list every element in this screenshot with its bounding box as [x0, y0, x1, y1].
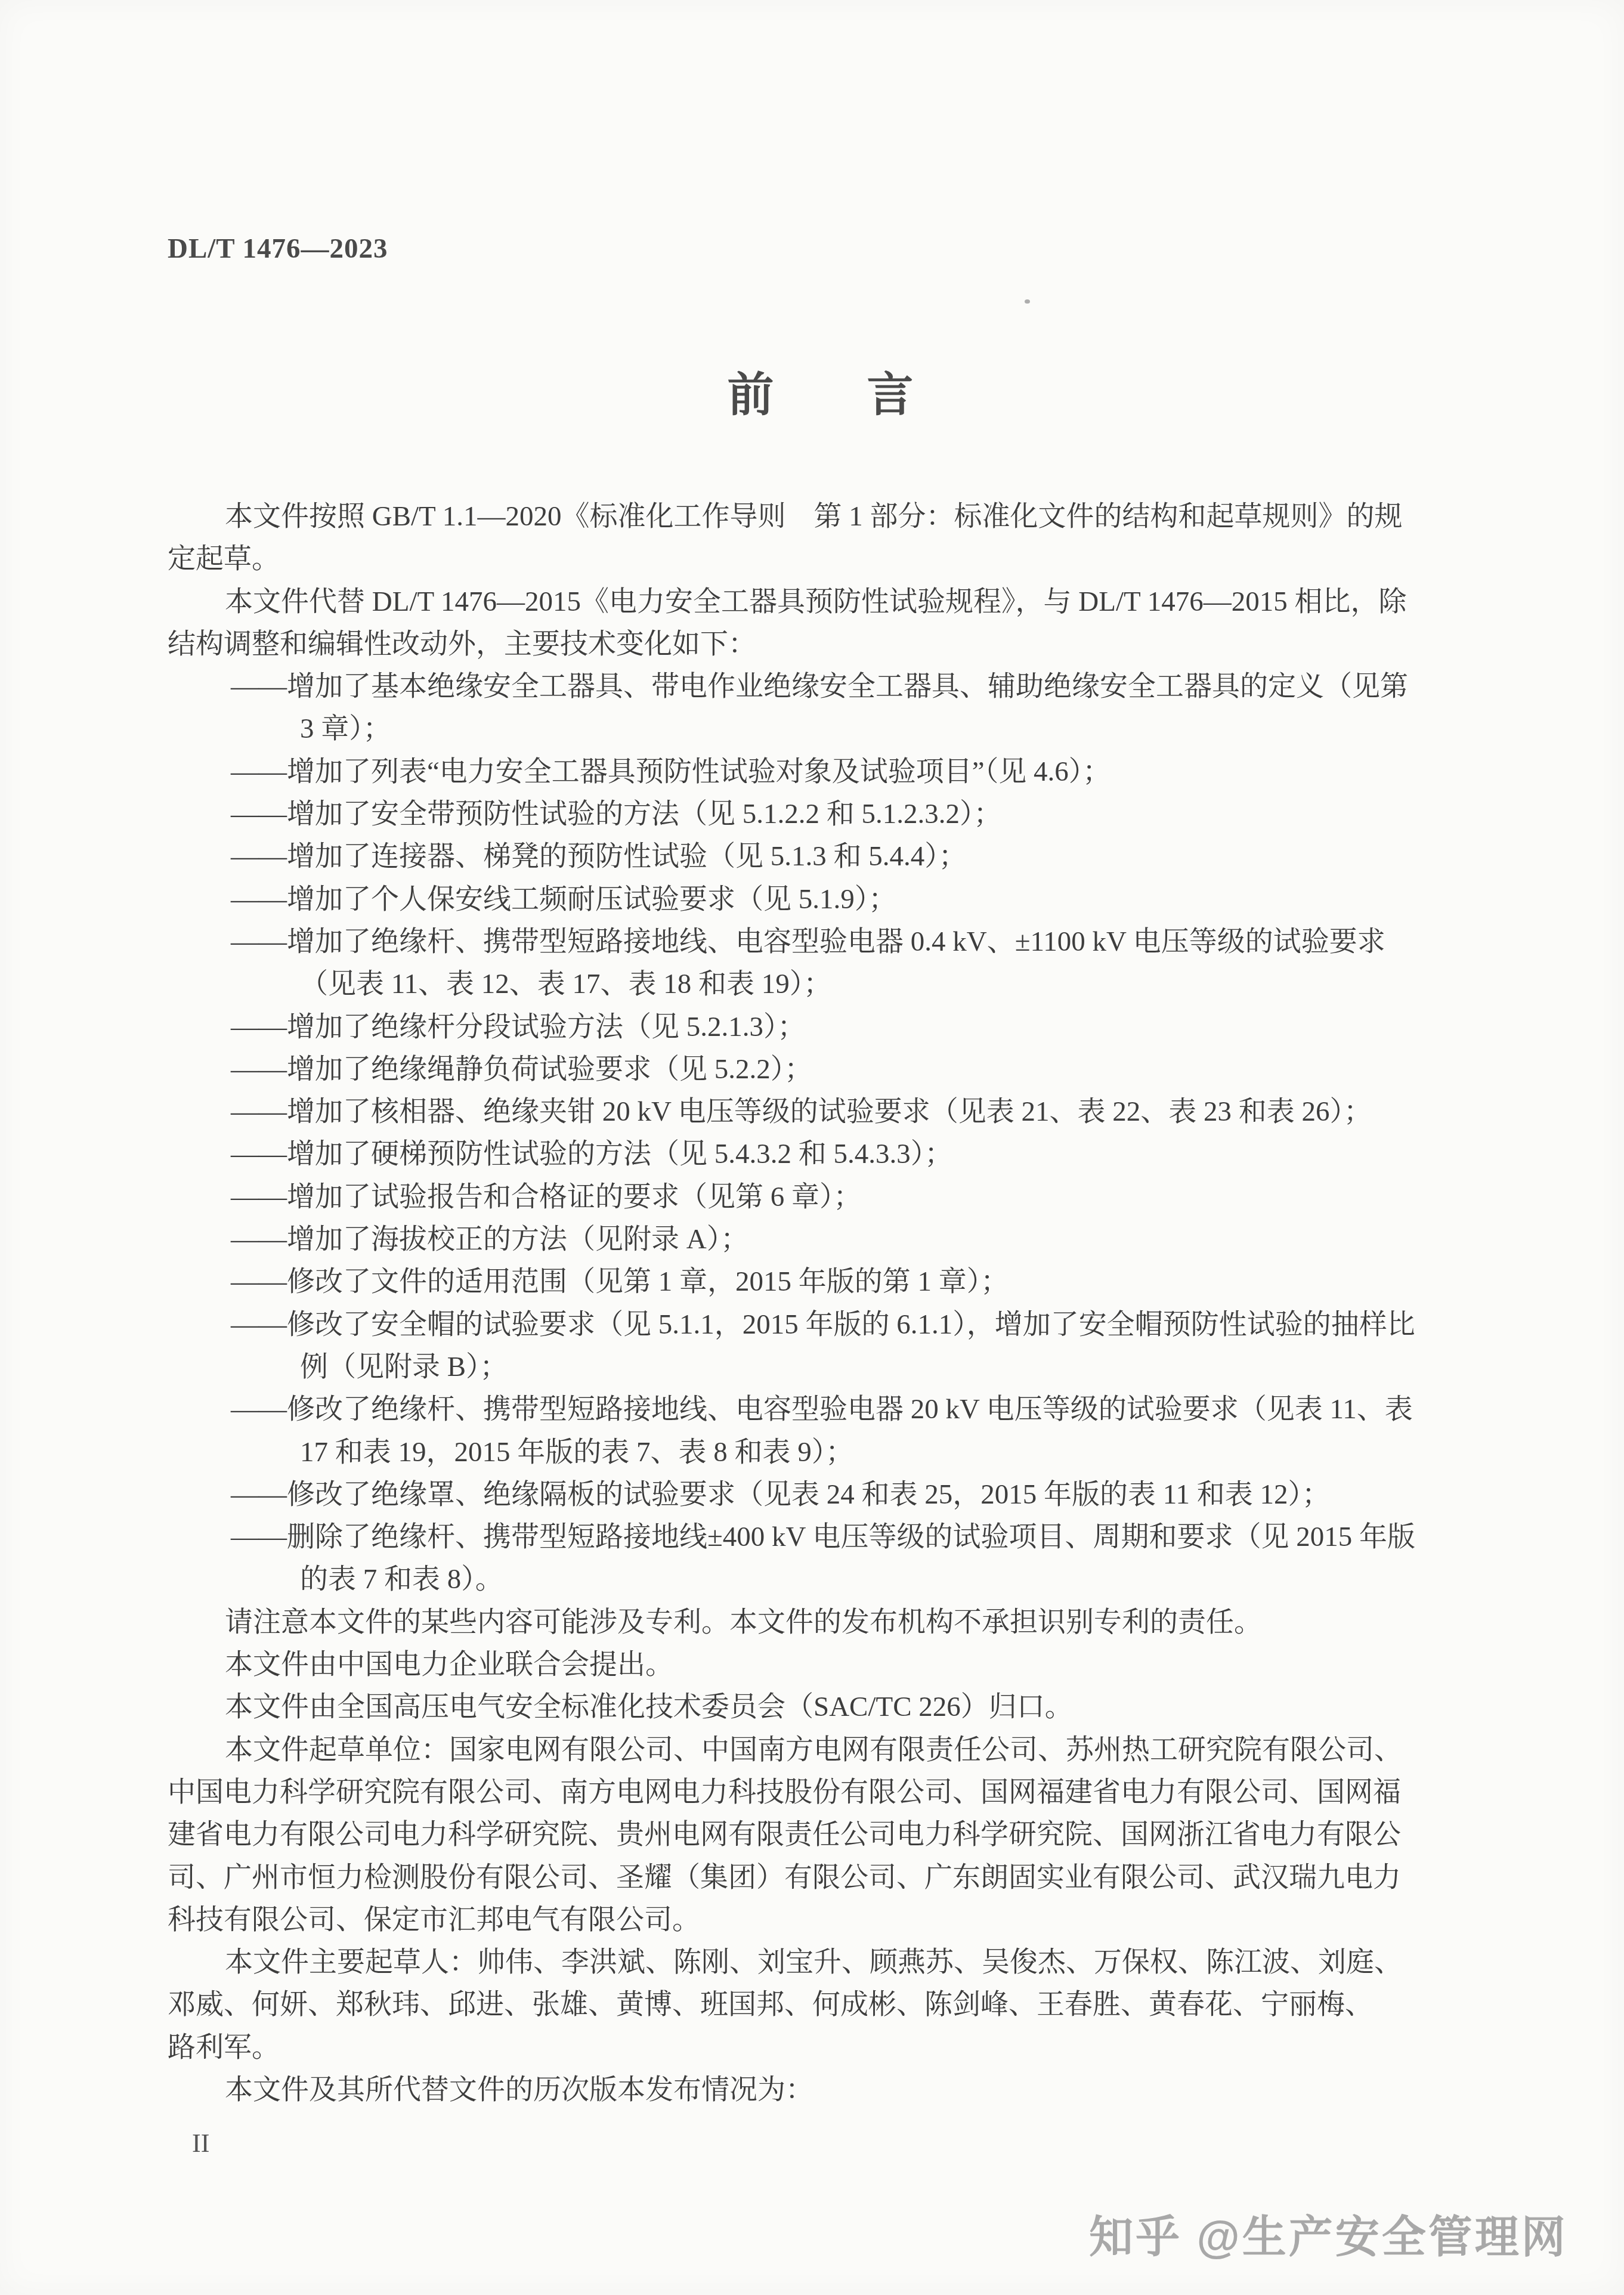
text-line: 的表 7 和表 8）。: [168, 1558, 1461, 1601]
text-line: ——增加了列表“电力安全工器具预防性试验对象及试验项目”（见 4.6）；: [168, 751, 1461, 793]
text-line: 本文件及其所代替文件的历次版本发布情况为：: [168, 2069, 1461, 2111]
text-line: 本文件由中国电力企业联合会提出。: [168, 1644, 1461, 1686]
text-line: 本文件由全国高压电气安全标准化技术委员会（SAC/TC 226）归口。: [168, 1686, 1461, 1728]
watermark-text: 知乎 @生产安全管理网: [1089, 2202, 1568, 2265]
text-line: 17 和表 19，2015 年版的表 7、表 8 和表 9）；: [168, 1431, 1461, 1474]
text-line: 本文件代替 DL/T 1476—2015《电力安全工器具预防性试验规程》，与 D…: [168, 581, 1461, 623]
text-line: ——增加了基本绝缘安全工器具、带电作业绝缘安全工器具、辅助绝缘安全工器具的定义（…: [168, 666, 1461, 708]
text-line: （见表 11、表 12、表 17、表 18 和表 19）；: [168, 963, 1461, 1006]
text-line: 本文件起草单位：国家电网有限公司、中国南方电网有限责任公司、苏州热工研究院有限公…: [168, 1729, 1461, 1771]
foreword-title-char-1: 前: [727, 358, 774, 425]
foreword-title-char-2: 言: [867, 358, 914, 425]
text-line: 结构调整和编辑性改动外，主要技术变化如下：: [168, 623, 1461, 666]
text-line: 建省电力有限公司电力科学研究院、贵州电网有限责任公司电力科学研究院、国网浙江省电…: [168, 1814, 1461, 1856]
text-line: 中国电力科学研究院有限公司、南方电网电力科技股份有限公司、国网福建省电力有限公司…: [168, 1771, 1461, 1814]
text-line: 司、广州市恒力检测股份有限公司、圣耀（集团）有限公司、广东朗固实业有限公司、武汉…: [168, 1857, 1461, 1899]
text-line: ——增加了硬梯预防性试验的方法（见 5.4.3.2 和 5.4.3.3）；: [168, 1133, 1461, 1176]
text-line: 本文件主要起草人：帅伟、李洪斌、陈刚、刘宝升、顾燕苏、吴俊杰、万保权、陈江波、刘…: [168, 1941, 1461, 1984]
text-line: ——修改了安全帽的试验要求（见 5.1.1，2015 年版的 6.1.1），增加…: [168, 1304, 1461, 1346]
text-line: 定起草。: [168, 538, 1461, 580]
scanned-document-page: DL/T 1476—2023 前 言 本文件按照 GB/T 1.1—2020《标…: [0, 0, 1624, 2295]
text-line: 路利军。: [168, 2027, 1461, 2069]
text-line: ——修改了文件的适用范围（见第 1 章，2015 年版的第 1 章）；: [168, 1261, 1461, 1303]
foreword-title: 前 言: [8, 358, 1624, 425]
page-number: II: [192, 2128, 209, 2158]
text-line: ——修改了绝缘罩、绝缘隔板的试验要求（见表 24 和表 25，2015 年版的表…: [168, 1474, 1461, 1516]
foreword-body-text: 本文件按照 GB/T 1.1—2020《标准化工作导则 第 1 部分：标准化文件…: [168, 496, 1461, 2111]
text-line: ——增加了安全带预防性试验的方法（见 5.1.2.2 和 5.1.2.3.2）；: [168, 793, 1461, 836]
text-line: 邓威、何妍、郑秋玮、邱进、张雄、黄博、班国邦、何成彬、陈剑峰、王春胜、黄春花、宁…: [168, 1984, 1461, 2026]
text-line: ——修改了绝缘杆、携带型短路接地线、电容型验电器 20 kV 电压等级的试验要求…: [168, 1388, 1461, 1431]
text-line: ——增加了绝缘杆分段试验方法（见 5.2.1.3）；: [168, 1006, 1461, 1048]
text-line: 科技有限公司、保定市汇邦电气有限公司。: [168, 1899, 1461, 1941]
text-line: ——增加了试验报告和合格证的要求（见第 6 章）；: [168, 1176, 1461, 1218]
text-line: 请注意本文件的某些内容可能涉及专利。本文件的发布机构不承担识别专利的责任。: [168, 1601, 1461, 1644]
text-line: 例（见附录 B）；: [168, 1346, 1461, 1388]
text-line: ——删除了绝缘杆、携带型短路接地线±400 kV 电压等级的试验项目、周期和要求…: [168, 1516, 1461, 1558]
text-line: ——增加了海拔校正的方法（见附录 A）；: [168, 1218, 1461, 1261]
text-line: ——增加了绝缘绳静负荷试验要求（见 5.2.2）；: [168, 1048, 1461, 1091]
scan-speck-dot: [1025, 299, 1030, 304]
text-line: ——增加了连接器、梯凳的预防性试验（见 5.1.3 和 5.4.4）；: [168, 836, 1461, 878]
text-line: ——增加了个人保安线工频耐压试验要求（见 5.1.9）；: [168, 879, 1461, 921]
text-line: ——增加了绝缘杆、携带型短路接地线、电容型验电器 0.4 kV、±1100 kV…: [168, 921, 1461, 963]
text-line: 本文件按照 GB/T 1.1—2020《标准化工作导则 第 1 部分：标准化文件…: [168, 496, 1461, 538]
text-line: 3 章）；: [168, 708, 1461, 750]
standard-code: DL/T 1476—2023: [168, 233, 388, 265]
text-line: ——增加了核相器、绝缘夹钳 20 kV 电压等级的试验要求（见表 21、表 22…: [168, 1091, 1461, 1133]
